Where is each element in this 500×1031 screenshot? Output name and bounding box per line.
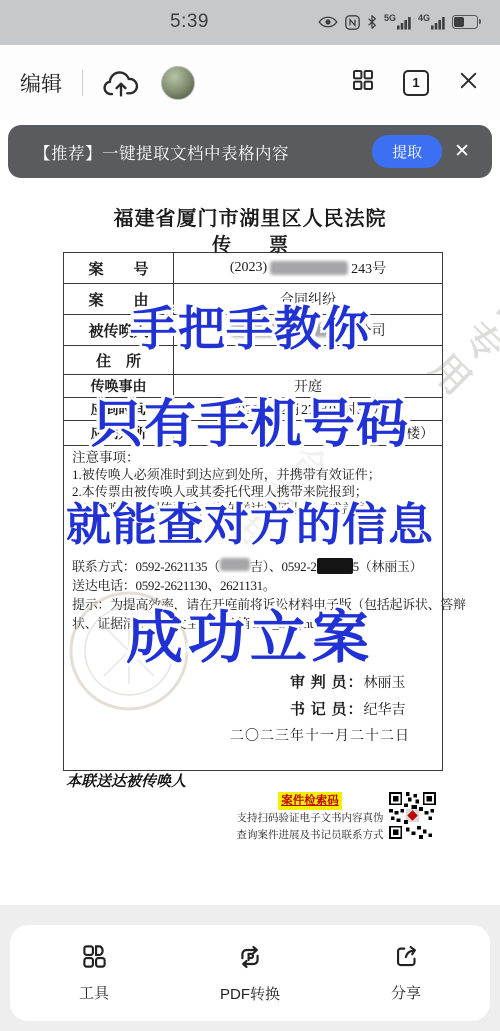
retrieval-title: 案件检索码	[278, 792, 342, 810]
signal-4g-icon: 4G	[418, 14, 445, 30]
bottom-card: 工具 PDF转换 分享	[10, 925, 490, 1021]
status-icons: 5G 4G	[318, 12, 478, 32]
avatar[interactable]	[161, 66, 195, 100]
toolbar-divider	[82, 70, 83, 96]
bottom-bar: 工具 PDF转换 分享	[0, 905, 500, 1031]
battery-icon	[452, 15, 478, 29]
date-line: 二〇二三年十一月二十二日	[72, 724, 434, 750]
pdf-convert-button[interactable]: PDF转换	[218, 943, 282, 1004]
table-row: 案 号 (2023) 243号	[64, 253, 442, 284]
edit-button[interactable]: 编辑	[20, 68, 62, 98]
close-icon[interactable]	[457, 69, 480, 97]
retrieval-line: 查询案件进展及书记员联系方式	[237, 830, 384, 841]
page-indicator[interactable]: 1	[403, 70, 429, 96]
overlay-caption: 就能查对方的信息	[0, 488, 500, 553]
redaction	[270, 261, 348, 275]
footer-note: 本联送达被传唤人	[66, 770, 186, 791]
eye-icon	[318, 16, 338, 28]
qr-code	[389, 792, 436, 839]
signal-5g-icon: 5G	[384, 14, 411, 30]
retrieval-line: 支持扫码验证电子文书内容真伪	[237, 813, 384, 824]
overlay-caption: 手把手教你	[0, 292, 500, 359]
share-button[interactable]: 分享	[374, 943, 438, 1003]
status-bar: 5:39 5G 4G	[0, 0, 500, 45]
recommendation-banner: 【推荐】一键提取文档中表格内容 提取 ✕	[8, 125, 492, 178]
redaction	[317, 558, 353, 574]
toolbar: 编辑 1	[0, 45, 500, 120]
share-icon	[393, 943, 420, 975]
redaction	[220, 558, 250, 571]
tools-grid-icon	[81, 943, 108, 975]
retrieval-block: 案件检索码 支持扫码验证电子文书内容真伪 查询案件进展及书记员联系方式	[236, 792, 436, 845]
tools-button[interactable]: 工具	[62, 943, 126, 1003]
banner-close-icon[interactable]: ✕	[442, 136, 482, 167]
court-name: 福建省厦门市湖里区人民法院	[0, 202, 500, 231]
status-time: 5:39	[170, 11, 209, 33]
app-screen: 5:39 5G 4G 编辑 1 【推荐】一键	[0, 0, 500, 1031]
overlay-caption: 成功立案	[0, 592, 500, 674]
overlay-caption: 只有手机号码	[0, 382, 500, 457]
cloud-upload-icon[interactable]	[103, 68, 139, 98]
nfc-icon	[345, 15, 360, 30]
pdf-convert-icon	[236, 943, 264, 976]
notes-item: 1.被传唤人必须准时到达应到处所，并携带有效证件；	[72, 466, 434, 483]
contact-line: 联系方式：0592-2621135（吉）、0592-25（林丽玉）	[72, 557, 434, 576]
document-page[interactable]: 福建省厦门市湖里区人民法院 传 票 案 号 (2023) 243号 案 由 合同…	[0, 180, 500, 905]
banner-text: 【推荐】一键提取文档中表格内容	[34, 140, 372, 164]
grid-view-icon[interactable]	[351, 68, 375, 97]
bluetooth-icon	[367, 14, 377, 30]
extract-button[interactable]: 提取	[372, 135, 442, 168]
